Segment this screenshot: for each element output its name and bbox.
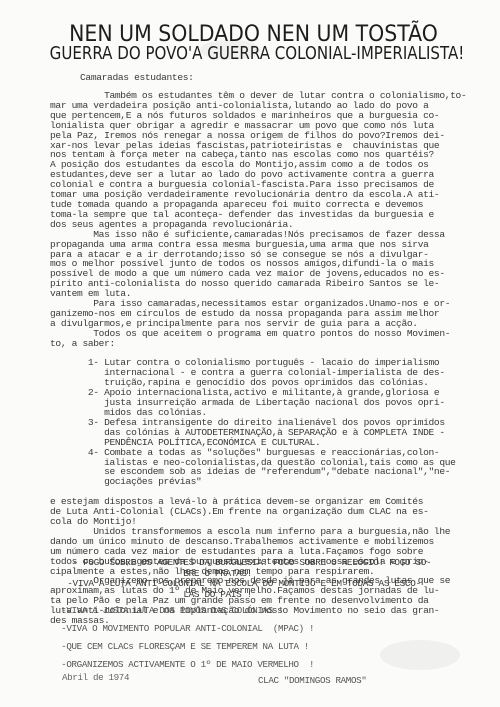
slogan-line: LAS DO PAÍS ! bbox=[62, 590, 431, 601]
headline-line-2: GUERRA DO POVO'A GUERRA COLONIAL-IMPERIA… bbox=[42, 44, 472, 64]
text-line: propaganda uma arma contra essa mesma bu… bbox=[50, 240, 466, 250]
slogans-block-1: - FOGO SOBRE OS AGENTES DA BURGUESIA! FO… bbox=[62, 558, 431, 600]
slogan-line: -VIVA O MOVIMENTO POPULAR ANTI-COLONIAL … bbox=[56, 620, 314, 638]
slogan-line: -VIVA A JUSTA LUTA DOS POVOS DAS COLÓNIA… bbox=[56, 602, 314, 620]
scan-smudge bbox=[380, 640, 460, 670]
pamphlet-page: NEN UM SOLDADO NEN UM TOSTÃO GUERRA DO P… bbox=[0, 0, 500, 707]
salutation: Camaradas estudantes: bbox=[80, 73, 194, 83]
slogan-line: -QUE CEM CLACs FLORESÇAM E SE TEMPEREM N… bbox=[56, 638, 314, 656]
body-text: Também os estudantes têm o dever de luta… bbox=[50, 91, 466, 626]
text-line: gociações prévias" bbox=[50, 477, 466, 487]
slogans-block-2: -VIVA A JUSTA LUTA DOS POVOS DAS COLÓNIA… bbox=[56, 602, 314, 674]
footer-signature: CLAC "DOMINGOS RAMOS" bbox=[258, 676, 366, 686]
footer-date: Abril de 1974 bbox=[62, 673, 129, 683]
slogan-line: - FOGO SOBRE OS AGENTES DA BURGUESIA! FO… bbox=[62, 558, 431, 569]
text-line: to, a saber: bbox=[50, 339, 466, 349]
slogan-line: -VIVA A LUTA ANTI-COLONIAL NA ESCOLA DO … bbox=[62, 579, 431, 590]
